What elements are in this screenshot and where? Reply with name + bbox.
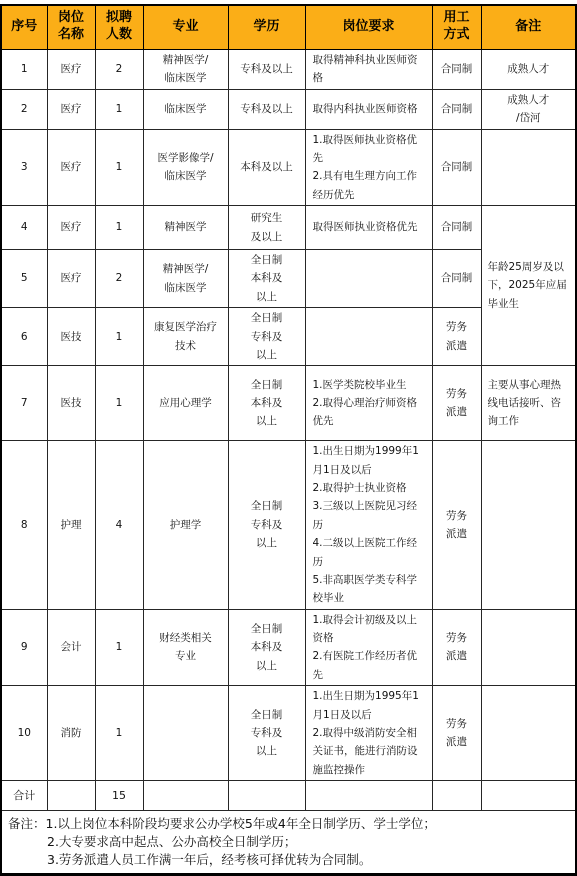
major-cell: 精神医学/ 临床医学 [143, 49, 228, 89]
header-position: 岗位 名称 [47, 5, 95, 49]
serial-cell: 3 [1, 129, 47, 206]
serial-cell: 4 [1, 206, 47, 250]
employment-cell: 劳务 派遣 [432, 609, 481, 686]
position-cell: 医疗 [47, 250, 95, 308]
header-employment: 用工 方式 [432, 5, 481, 49]
footnotes: 备注：1.以上岗位本科阶段均要求公办学校5年或4年全日制学历、学士学位； 2.大… [1, 811, 576, 875]
table-row: 10 消防 1 全日制 专科及 以上 1.出生日期为1995年1月1日及以后 2… [1, 686, 576, 781]
requirements-cell: 1.医学类院校毕业生 2.取得心理治疗师资格优先 [305, 366, 432, 441]
header-serial: 序号 [1, 5, 47, 49]
note-line-3: 3.劳务派遣人员工作满一年后，经考核可择优转为合同制。 [8, 851, 569, 869]
education-cell: 研究生 及以上 [228, 206, 305, 250]
employment-cell: 劳务 派遣 [432, 366, 481, 441]
remark-cell [481, 609, 576, 686]
employment-cell: 劳务 派遣 [432, 686, 481, 781]
total-label-cell: 合计 [1, 781, 47, 811]
remark-cell [481, 441, 576, 609]
employment-cell: 劳务 派遣 [432, 308, 481, 366]
serial-cell: 9 [1, 609, 47, 686]
major-cell: 康复医学治疗 技术 [143, 308, 228, 366]
header-count: 拟聘 人数 [95, 5, 143, 49]
count-cell: 1 [95, 206, 143, 250]
serial-cell: 7 [1, 366, 47, 441]
count-cell: 2 [95, 250, 143, 308]
remark-cell: 主要从事心理热线电话接听、咨询工作 [481, 366, 576, 441]
requirements-cell: 取得内科执业医师资格 [305, 89, 432, 129]
total-position-cell [47, 781, 95, 811]
total-empty-cell [432, 781, 481, 811]
remark-cell [481, 129, 576, 206]
education-cell: 全日制 专科及 以上 [228, 441, 305, 609]
document-page: 序号 岗位 名称 拟聘 人数 专业 学历 岗位要求 用工 方式 备注 1 医疗 … [0, 0, 577, 876]
header-requirements: 岗位要求 [305, 5, 432, 49]
requirements-cell [305, 308, 432, 366]
education-cell: 专科及以上 [228, 89, 305, 129]
serial-cell: 8 [1, 441, 47, 609]
major-cell: 临床医学 [143, 89, 228, 129]
requirements-cell [305, 250, 432, 308]
header-education: 学历 [228, 5, 305, 49]
remark-cell-merged: 年龄25周岁及以下，2025年应届毕业生 [481, 206, 576, 366]
total-empty-cell [228, 781, 305, 811]
major-cell [143, 686, 228, 781]
serial-cell: 6 [1, 308, 47, 366]
serial-cell: 2 [1, 89, 47, 129]
remark-cell: 成熟人才 /岱河 [481, 89, 576, 129]
table-row: 2 医疗 1 临床医学 专科及以上 取得内科执业医师资格 合同制 成熟人才 /岱… [1, 89, 576, 129]
requirements-cell: 1.取得会计初级及以上资格 2.有医院工作经历者优先 [305, 609, 432, 686]
table-row: 3 医疗 1 医学影像学/ 临床医学 本科及以上 1.取得医师执业资格优先 2.… [1, 129, 576, 206]
total-empty-cell [481, 781, 576, 811]
major-cell: 医学影像学/ 临床医学 [143, 129, 228, 206]
position-cell: 护理 [47, 441, 95, 609]
header-remark: 备注 [481, 5, 576, 49]
count-cell: 2 [95, 49, 143, 89]
count-cell: 1 [95, 308, 143, 366]
employment-cell: 合同制 [432, 206, 481, 250]
table-row: 4 医疗 1 精神医学 研究生 及以上 取得医师执业资格优先 合同制 年龄25周… [1, 206, 576, 250]
position-cell: 医疗 [47, 129, 95, 206]
total-empty-cell [143, 781, 228, 811]
count-cell: 1 [95, 609, 143, 686]
education-cell: 全日制 专科及 以上 [228, 686, 305, 781]
position-cell: 会计 [47, 609, 95, 686]
position-cell: 消防 [47, 686, 95, 781]
employment-cell: 合同制 [432, 89, 481, 129]
table-row: 9 会计 1 财经类相关 专业 全日制 本科及 以上 1.取得会计初级及以上资格… [1, 609, 576, 686]
education-cell: 专科及以上 [228, 49, 305, 89]
serial-cell: 1 [1, 49, 47, 89]
count-cell: 1 [95, 686, 143, 781]
employment-cell: 劳务 派遣 [432, 441, 481, 609]
count-cell: 1 [95, 89, 143, 129]
requirements-cell: 取得医师执业资格优先 [305, 206, 432, 250]
education-cell: 全日制 专科及 以上 [228, 308, 305, 366]
header-major: 专业 [143, 5, 228, 49]
major-cell: 精神医学/ 临床医学 [143, 250, 228, 308]
requirements-cell: 1.出生日期为1995年1月1日及以后 2.取得中级消防安全相关证书，能进行消防… [305, 686, 432, 781]
serial-cell: 10 [1, 686, 47, 781]
remark-cell [481, 686, 576, 781]
total-empty-cell [305, 781, 432, 811]
major-cell: 应用心理学 [143, 366, 228, 441]
count-cell: 1 [95, 366, 143, 441]
table-row: 1 医疗 2 精神医学/ 临床医学 专科及以上 取得精神科执业医师资格 合同制 … [1, 49, 576, 89]
employment-cell: 合同制 [432, 129, 481, 206]
recruitment-table: 序号 岗位 名称 拟聘 人数 专业 学历 岗位要求 用工 方式 备注 1 医疗 … [0, 4, 577, 876]
education-cell: 全日制 本科及 以上 [228, 366, 305, 441]
requirements-cell: 1.取得医师执业资格优先 2.具有电生理方向工作经历优先 [305, 129, 432, 206]
position-cell: 医疗 [47, 89, 95, 129]
employment-cell: 合同制 [432, 250, 481, 308]
education-cell: 全日制 本科及 以上 [228, 609, 305, 686]
requirements-cell: 取得精神科执业医师资格 [305, 49, 432, 89]
position-cell: 医疗 [47, 206, 95, 250]
remark-cell: 成熟人才 [481, 49, 576, 89]
count-cell: 4 [95, 441, 143, 609]
requirements-cell: 1.出生日期为1999年1月1日及以后 2.取得护士执业资格 3.三级以上医院见… [305, 441, 432, 609]
position-cell: 医疗 [47, 49, 95, 89]
employment-cell: 合同制 [432, 49, 481, 89]
table-row: 8 护理 4 护理学 全日制 专科及 以上 1.出生日期为1999年1月1日及以… [1, 441, 576, 609]
note-line-2: 2.大专要求高中起点、公办高校全日制学历； [8, 833, 569, 851]
notes-row: 备注：1.以上岗位本科阶段均要求公办学校5年或4年全日制学历、学士学位； 2.大… [1, 811, 576, 875]
count-cell: 1 [95, 129, 143, 206]
education-cell: 本科及以上 [228, 129, 305, 206]
education-cell: 全日制 本科及 以上 [228, 250, 305, 308]
major-cell: 精神医学 [143, 206, 228, 250]
header-row: 序号 岗位 名称 拟聘 人数 专业 学历 岗位要求 用工 方式 备注 [1, 5, 576, 49]
total-count-cell: 15 [95, 781, 143, 811]
total-row: 合计 15 [1, 781, 576, 811]
note-line-1: 备注：1.以上岗位本科阶段均要求公办学校5年或4年全日制学历、学士学位； [8, 815, 569, 833]
position-cell: 医技 [47, 366, 95, 441]
major-cell: 护理学 [143, 441, 228, 609]
position-cell: 医技 [47, 308, 95, 366]
major-cell: 财经类相关 专业 [143, 609, 228, 686]
table-row: 7 医技 1 应用心理学 全日制 本科及 以上 1.医学类院校毕业生 2.取得心… [1, 366, 576, 441]
serial-cell: 5 [1, 250, 47, 308]
